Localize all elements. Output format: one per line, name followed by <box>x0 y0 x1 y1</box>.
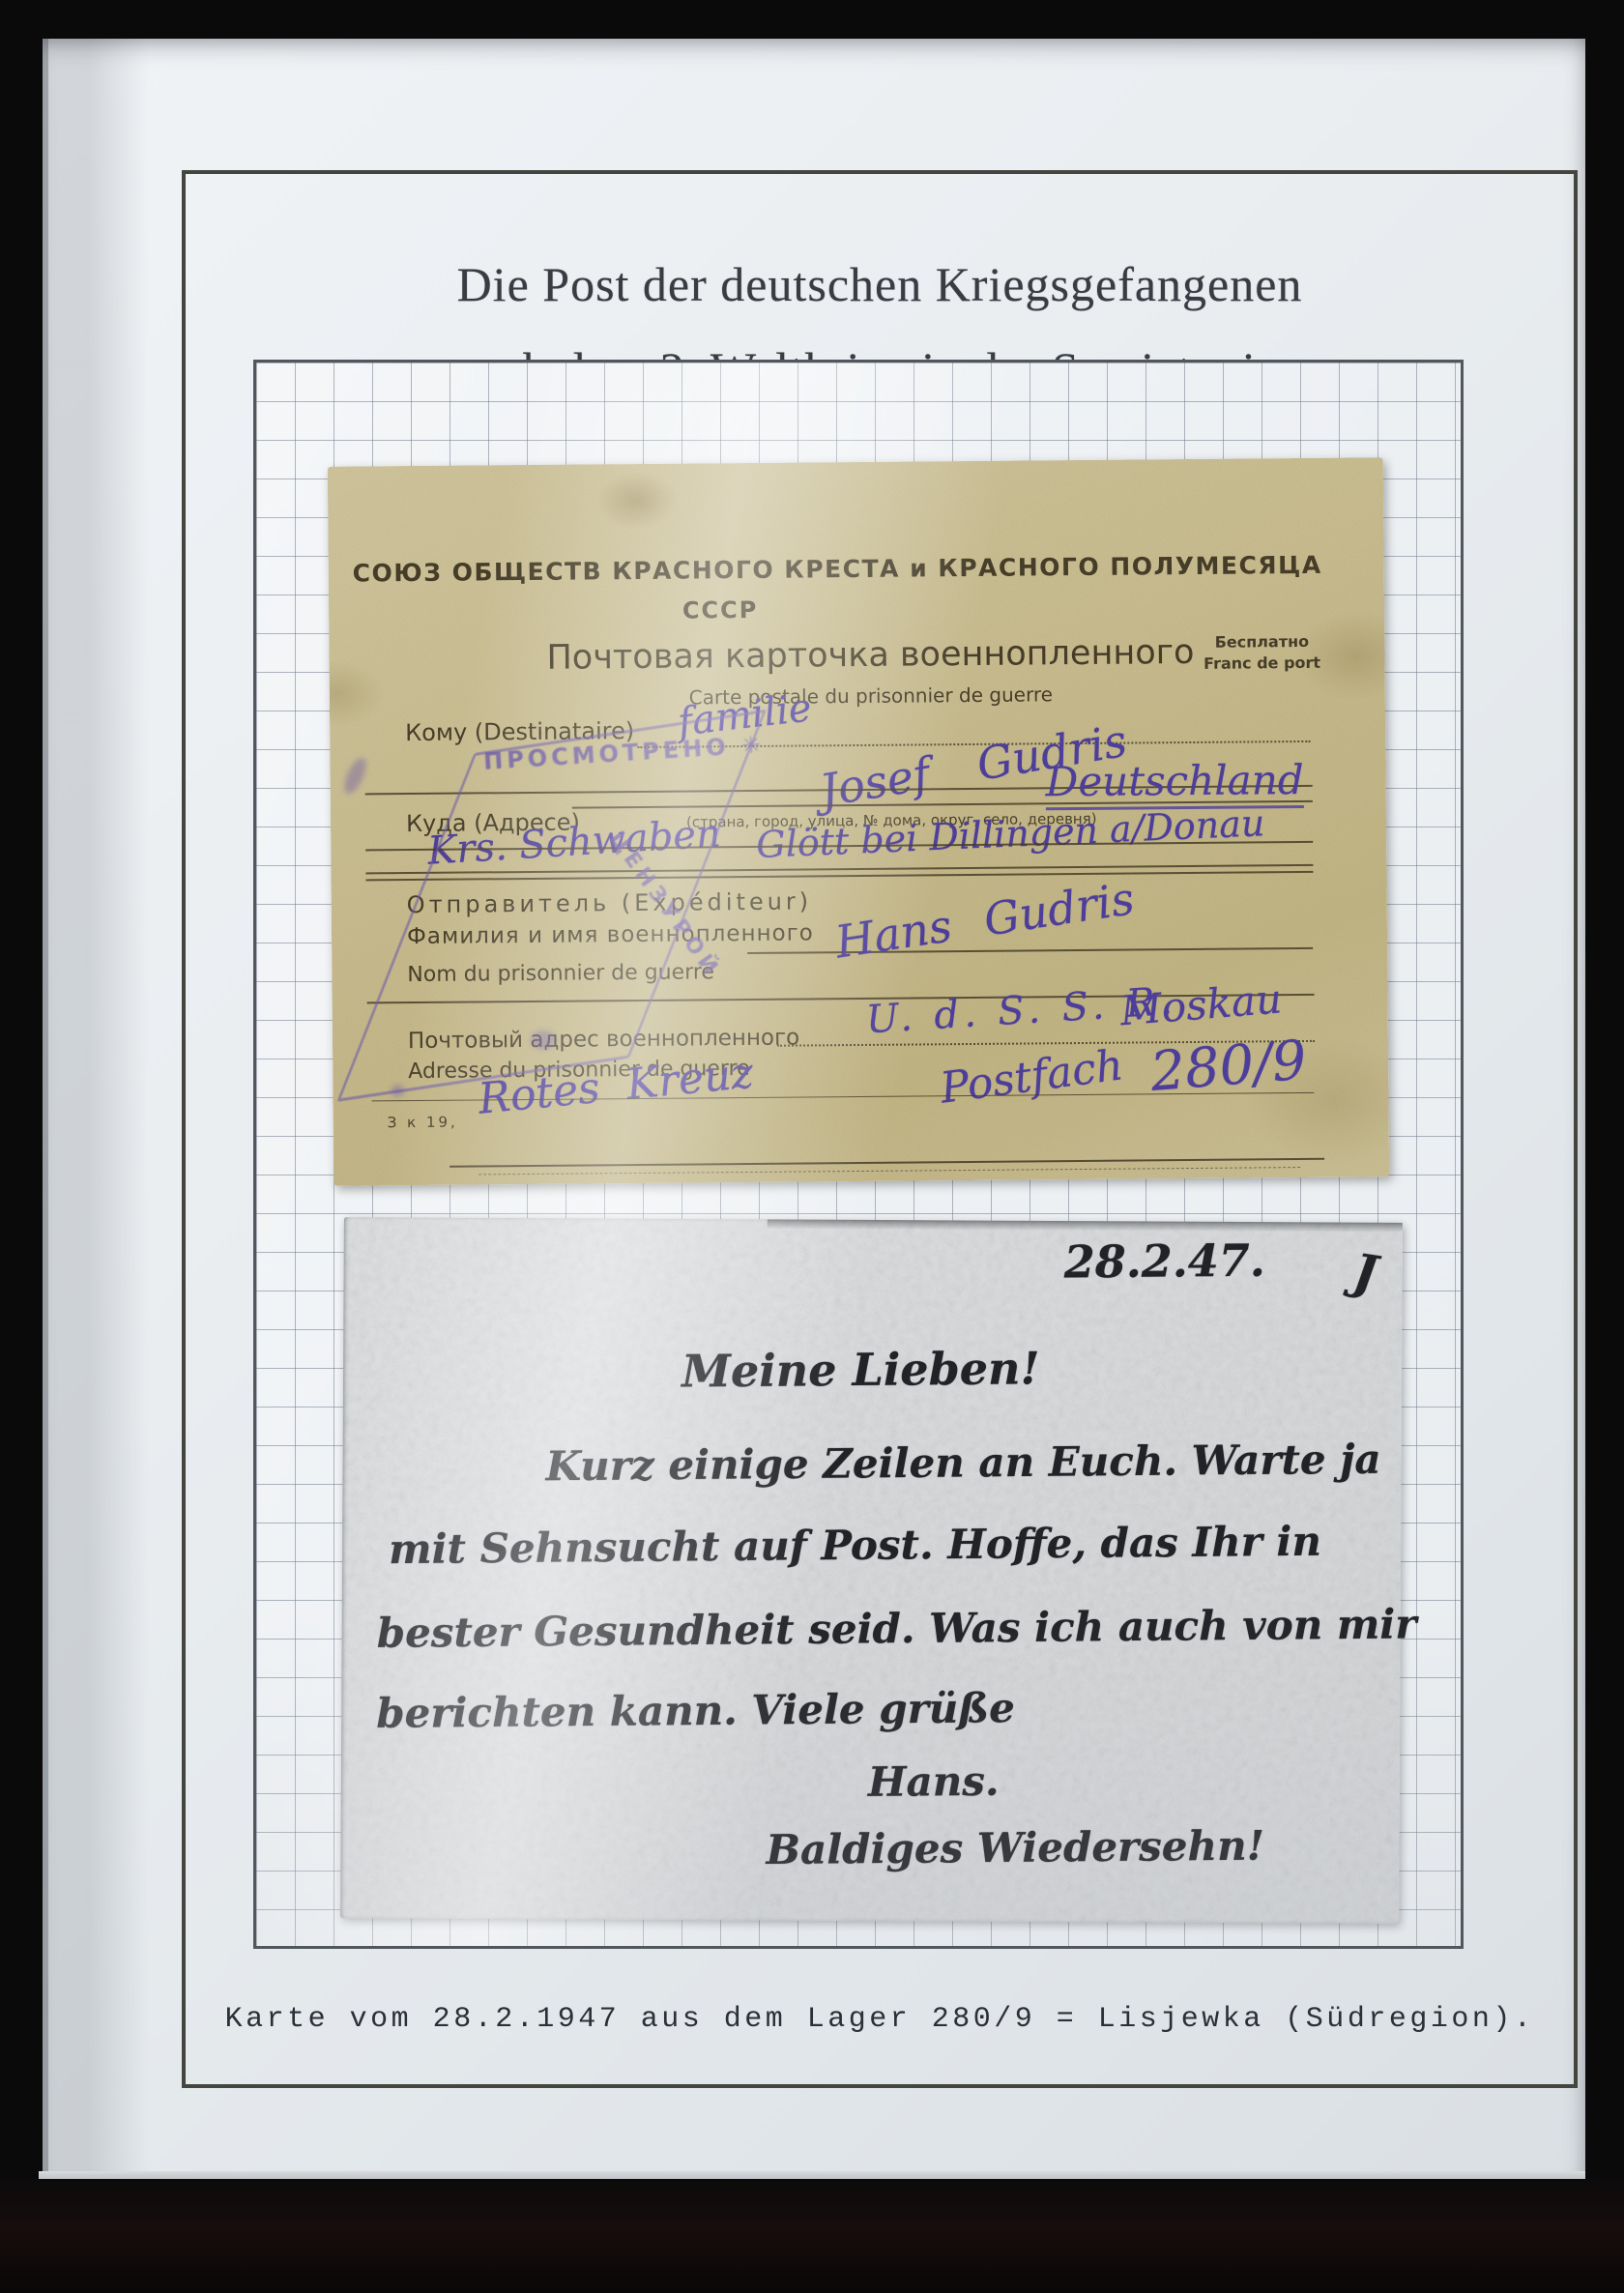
pow-postcard-form: СОЮЗ ОБЩЕСТВ КРАСНОГО КРЕСТА и КРАСНОГО … <box>328 457 1389 1186</box>
form-title-ru: Почтовая карточка военнопленного <box>503 633 1237 679</box>
rule-pow-name <box>747 947 1313 954</box>
form-title-fr: Carte postale du prisonnier de guerre <box>504 682 1238 711</box>
message-line: Kurz einige Zeilen an Euch. Warte ja <box>545 1436 1380 1491</box>
photocopy-edge-smudge <box>768 1219 1403 1232</box>
message-signature: Hans. <box>868 1757 1000 1806</box>
form-header-line1: СОЮЗ ОБЩЕСТВ КРАСНОГО КРЕСТА и КРАСНОГО … <box>353 552 1184 588</box>
photographed-album-page: Die Post der deutschen Kriegsgefangenen … <box>0 0 1624 2293</box>
form-print-note: З к 19, <box>388 1114 458 1132</box>
message-farewell: Baldiges Wiedersehn! <box>766 1822 1264 1873</box>
album-page: Die Post der deutschen Kriegsgefangenen … <box>43 39 1585 2179</box>
form-free-of-charge-fr: Franc de port <box>1190 653 1335 673</box>
rule-card-bottom-dashes <box>478 1167 1300 1175</box>
message-salutation: Meine Lieben! <box>681 1342 1040 1397</box>
ink-smudge <box>391 1085 404 1096</box>
message-corner-mark: J <box>1349 1242 1380 1302</box>
form-free-of-charge-ru: Бесплатно <box>1189 632 1334 652</box>
page-title-line1: Die Post der deutschen Kriegsgefangenen <box>186 242 1574 327</box>
handwriting-country: Deutschland <box>1045 756 1303 810</box>
graph-paper-panel: СОЮЗ ОБЩЕСТВ КРАСНОГО КРЕСТА и КРАСНОГО … <box>253 360 1464 1949</box>
photo-background-bottom <box>0 2179 1624 2293</box>
message-postcard-back: 28.2.47. J Meine Lieben! Kurz einige Zei… <box>340 1217 1403 1924</box>
exhibit-caption: Karte vom 28.2.1947 aus dem Lager 280/9 … <box>186 2003 1574 2036</box>
message-line: berichten kann. Viele grüße <box>376 1684 1015 1737</box>
form-header-line2: СССР <box>353 594 1087 627</box>
message-line: bester Gesundheit seid. Was ich auch von… <box>376 1600 1416 1656</box>
page-frame: Die Post der deutschen Kriegsgefangenen … <box>182 170 1578 2088</box>
handwriting-sender-name: Hans Gudris <box>832 872 1138 968</box>
handwriting-address-box: Postfach <box>938 1040 1126 1113</box>
ink-smudge <box>531 1030 556 1050</box>
message-date: 28.2.47. <box>1063 1234 1265 1289</box>
rule-card-bottom <box>449 1158 1324 1168</box>
message-line: mit Sehnsucht auf Post. Hoffe, das Ihr i… <box>389 1518 1321 1573</box>
ink-smudge <box>340 755 370 797</box>
